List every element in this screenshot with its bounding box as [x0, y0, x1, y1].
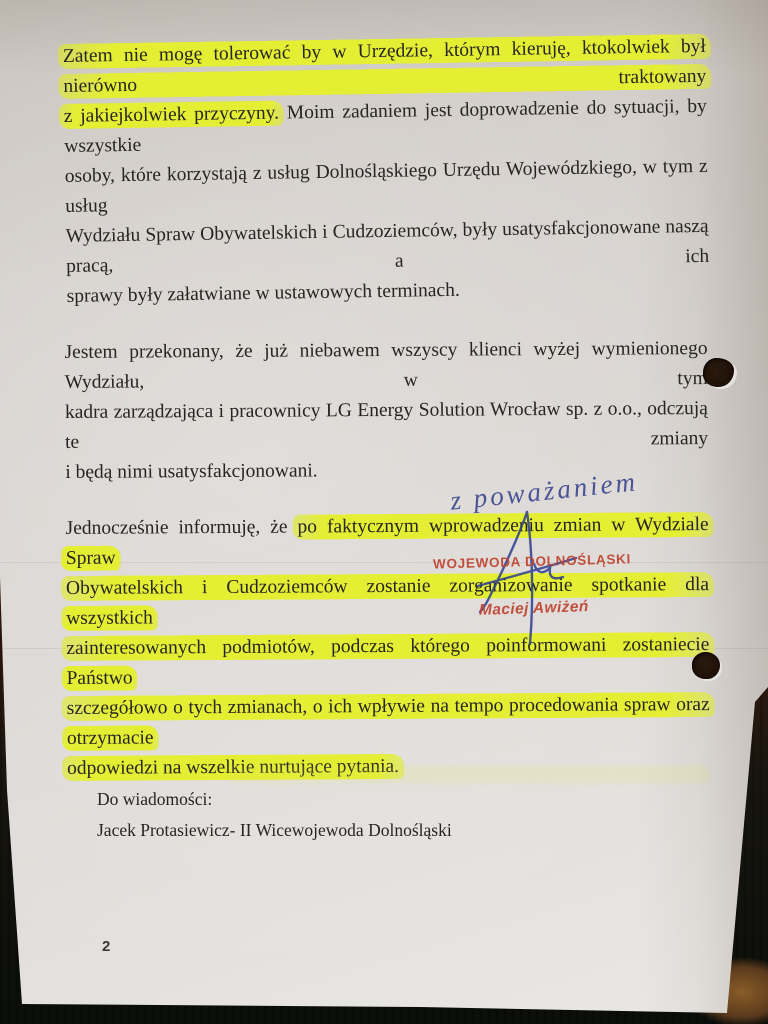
cc-recipient: Jacek Protasiewicz- II Wicewojewoda Doln…	[97, 815, 452, 846]
text-line: Zatem nie mogę tolerować by w Urzędzie, …	[63, 32, 707, 102]
letter-body: Zatem nie mogę tolerować by w Urzędzie, …	[63, 38, 711, 810]
punch-hole-top	[703, 358, 734, 387]
stamp-name: Maciej Awiżeń	[479, 598, 589, 620]
photo-background: Zatem nie mogę tolerować by w Urzędzie, …	[0, 0, 768, 1024]
document-page: Zatem nie mogę tolerować by w Urzędzie, …	[0, 0, 768, 1024]
text-line: Jestem przekonany, że już niebawem wszys…	[64, 334, 707, 398]
handwritten-signature-icon	[472, 506, 587, 651]
text-line: zainteresowanych podmiotów, podczas któr…	[66, 630, 709, 694]
body-text: Wydziału Spraw Obywatelskich i Cudzoziem…	[66, 216, 710, 277]
body-text: i będą nimi usatysfakcjonowani.	[65, 460, 317, 483]
highlight-bleedthrough	[228, 766, 710, 783]
body-text: Jestem przekonany, że już niebawem wszys…	[64, 338, 707, 393]
text-line: Obywatelskich i Cudzoziemców zostanie zo…	[66, 570, 709, 634]
highlighted-text: szczegółowo o tych zmianach, o ich wpływ…	[62, 692, 715, 751]
text-line: Wydziału Spraw Obywatelskich i Cudzoziem…	[65, 212, 709, 282]
cc-label: Do wiadomości:	[97, 784, 452, 815]
highlighted-text: z jakiejkolwiek przyczyny.	[59, 101, 285, 130]
paragraph-equal-treatment: Zatem nie mogę tolerować by w Urzędzie, …	[63, 32, 710, 312]
text-line: z jakiejkolwiek przyczyny. Moim zadaniem…	[64, 92, 708, 162]
highlighted-text: Obywatelskich i Cudzoziemców zostanie zo…	[61, 572, 714, 631]
highlighted-text: zainteresowanych podmiotów, podczas któr…	[61, 632, 714, 691]
body-text: sprawy były załatwiane w ustawowych term…	[66, 280, 459, 307]
text-line: kadra zarządzająca i pracownicy LG Energ…	[65, 394, 708, 458]
text-line: osoby, które korzystają z usług Dolnoślą…	[65, 152, 709, 222]
text-line: szczegółowo o tych zmianach, o ich wpływ…	[67, 690, 710, 754]
cc-block: Do wiadomości: Jacek Protasiewicz- II Wi…	[97, 784, 452, 846]
body-text: osoby, które korzystają z usług Dolnoślą…	[65, 156, 708, 217]
highlighted-text: Zatem nie mogę tolerować by w Urzędzie, …	[58, 34, 712, 99]
page-number: 2	[102, 938, 110, 955]
punch-hole-bottom	[692, 652, 720, 679]
paragraph-conviction: Jestem przekonany, że już niebawem wszys…	[64, 334, 708, 488]
body-text: kadra zarządzająca i pracownicy LG Energ…	[65, 398, 708, 453]
body-text: Jednocześnie informuję, że	[66, 517, 298, 539]
